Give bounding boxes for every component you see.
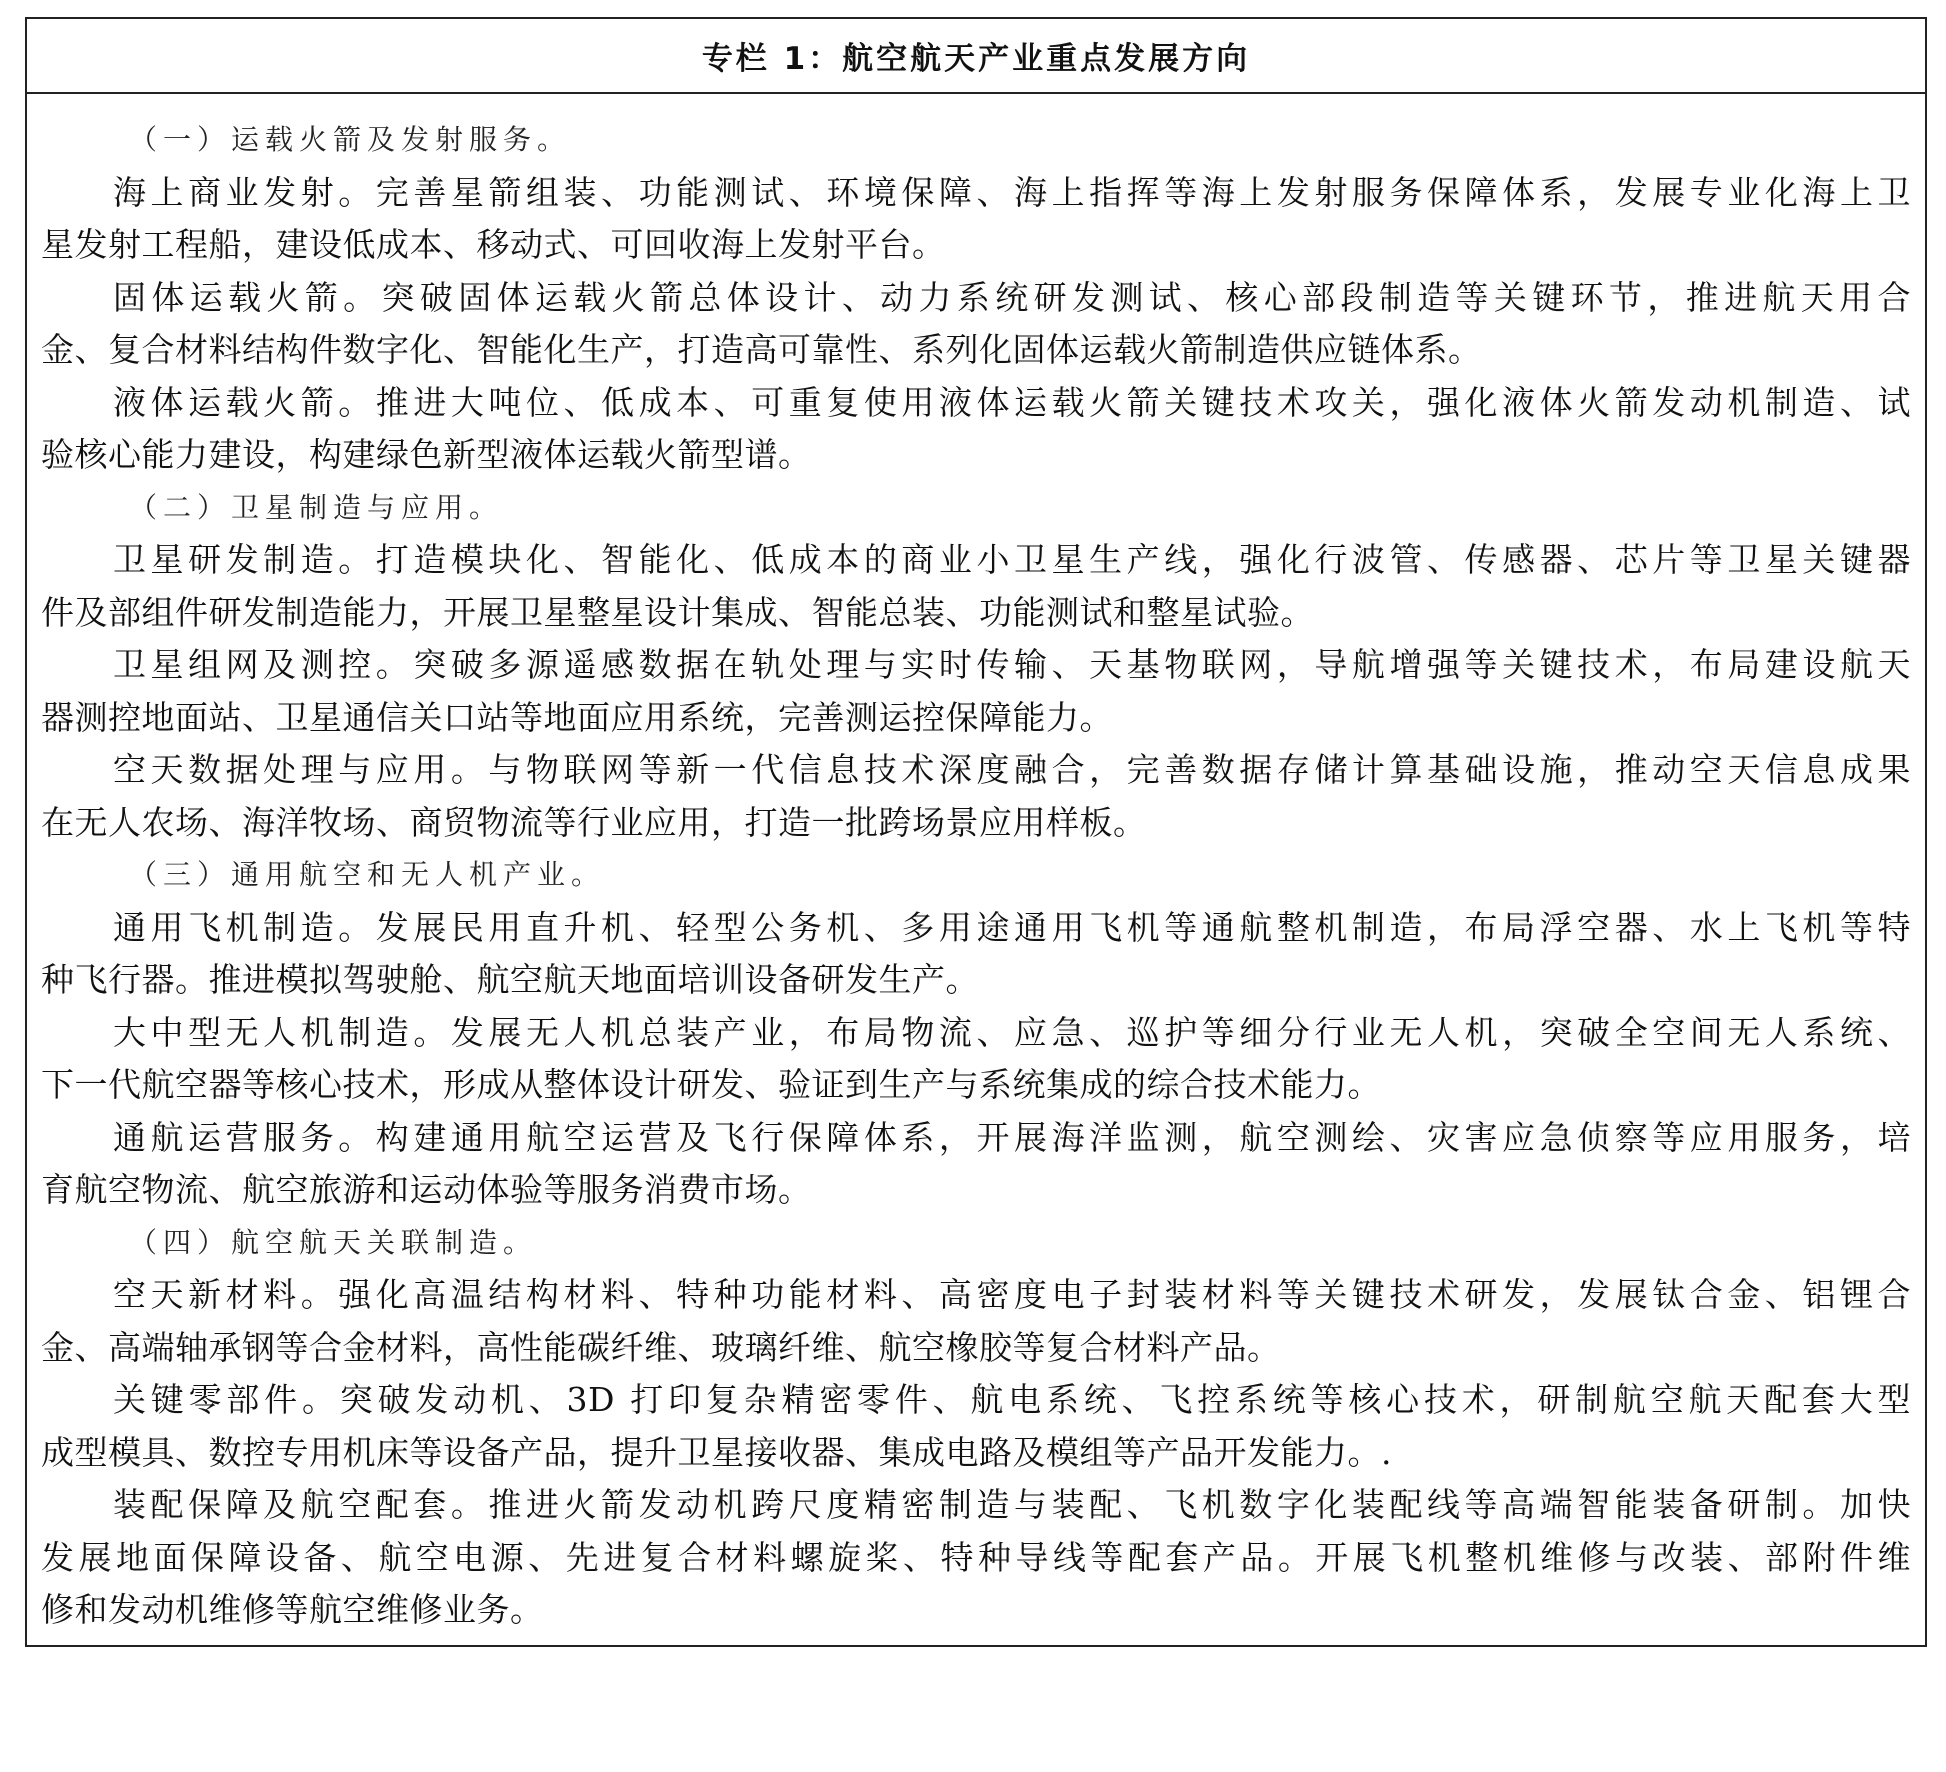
paragraph-line: 育航空物流、航空旅游和运动体验等服务消费市场。 [41, 1164, 1911, 1217]
paragraph-line: 金、高端轴承钢等合金材料，高性能碳纤维、玻璃纤维、航空橡胶等复合材料产品。 [41, 1322, 1911, 1375]
paragraph: 空天数据处理与应用。与物联网等新一代信息技术深度融合，完善数据存储计算基础设施，… [41, 744, 1911, 849]
paragraph-line: 下一代航空器等核心技术，形成从整体设计研发、验证到生产与系统集成的综合技术能力。 [41, 1059, 1911, 1112]
box-title: 专栏 1：航空航天产业重点发展方向 [702, 33, 1250, 78]
paragraph-line: 金、复合材料结构件数字化、智能化生产，打造高可靠性、系列化固体运载火箭制造供应链… [41, 324, 1911, 377]
paragraph-line: 海上商业发射。完善星箭组装、功能测试、环境保障、海上指挥等海上发射服务保障体系，… [41, 167, 1911, 220]
paragraph: 液体运载火箭。推进大吨位、低成本、可重复使用液体运载火箭关键技术攻关，强化液体火… [41, 377, 1911, 482]
paragraph: 大中型无人机制造。发展无人机总装产业，布局物流、应急、巡护等细分行业无人机，突破… [41, 1007, 1911, 1112]
paragraph-line: 在无人农场、海洋牧场、商贸物流等行业应用，打造一批跨场景应用样板。 [41, 797, 1911, 850]
paragraph-line: 验核心能力建设，构建绿色新型液体运载火箭型谱。 [41, 429, 1911, 482]
section-4: （四）航空航天关联制造。 空天新材料。强化高温结构材料、特种功能材料、高密度电子… [41, 1217, 1911, 1637]
paragraph-line: 液体运载火箭。推进大吨位、低成本、可重复使用液体运载火箭关键技术攻关，强化液体火… [41, 377, 1911, 430]
paragraph-line: 装配保障及航空配套。推进火箭发动机跨尺度精密制造与装配、飞机数字化装配线等高端智… [41, 1479, 1911, 1532]
paragraph-line: 空天新材料。强化高温结构材料、特种功能材料、高密度电子封装材料等关键技术研发，发… [41, 1269, 1911, 1322]
paragraph-line: 器测控地面站、卫星通信关口站等地面应用系统，完善测运控保障能力。 [41, 692, 1911, 745]
paragraph: 空天新材料。强化高温结构材料、特种功能材料、高密度电子封装材料等关键技术研发，发… [41, 1269, 1911, 1374]
paragraph: 卫星研发制造。打造模块化、智能化、低成本的商业小卫星生产线，强化行波管、传感器、… [41, 534, 1911, 639]
paragraph-line: 关键零部件。突破发动机、3D 打印复杂精密零件、航电系统、飞控系统等核心技术，研… [41, 1374, 1911, 1427]
paragraph-line: 成型模具、数控专用机床等设备产品，提升卫星接收器、集成电路及模组等产品开发能力。… [41, 1427, 1911, 1480]
paragraph-line: 空天数据处理与应用。与物联网等新一代信息技术深度融合，完善数据存储计算基础设施，… [41, 744, 1911, 797]
box-header: 专栏 1：航空航天产业重点发展方向 [27, 19, 1925, 94]
paragraph: 通航运营服务。构建通用航空运营及飞行保障体系，开展海洋监测，航空测绘、灾害应急侦… [41, 1112, 1911, 1217]
section-heading: （三）通用航空和无人机产业。 [41, 849, 1911, 902]
paragraph-line: 星发射工程船，建设低成本、移动式、可回收海上发射平台。 [41, 219, 1911, 272]
paragraph: 通用飞机制造。发展民用直升机、轻型公务机、多用途通用飞机等通航整机制造，布局浮空… [41, 902, 1911, 1007]
section-heading: （四）航空航天关联制造。 [41, 1217, 1911, 1270]
paragraph-line: 大中型无人机制造。发展无人机总装产业，布局物流、应急、巡护等细分行业无人机，突破… [41, 1007, 1911, 1060]
section-3: （三）通用航空和无人机产业。 通用飞机制造。发展民用直升机、轻型公务机、多用途通… [41, 849, 1911, 1217]
section-2: （二）卫星制造与应用。 卫星研发制造。打造模块化、智能化、低成本的商业小卫星生产… [41, 482, 1911, 850]
section-1: （一）运载火箭及发射服务。 海上商业发射。完善星箭组装、功能测试、环境保障、海上… [41, 114, 1911, 482]
paragraph: 装配保障及航空配套。推进火箭发动机跨尺度精密制造与装配、飞机数字化装配线等高端智… [41, 1479, 1911, 1637]
paragraph-line: 件及部组件研发制造能力，开展卫星整星设计集成、智能总装、功能测试和整星试验。 [41, 587, 1911, 640]
paragraph: 固体运载火箭。突破固体运载火箭总体设计、动力系统研发测试、核心部段制造等关键环节… [41, 272, 1911, 377]
feature-box: 专栏 1：航空航天产业重点发展方向 （一）运载火箭及发射服务。 海上商业发射。完… [25, 17, 1927, 1647]
paragraph-line: 种飞行器。推进模拟驾驶舱、航空航天地面培训设备研发生产。 [41, 954, 1911, 1007]
section-heading: （二）卫星制造与应用。 [41, 482, 1911, 535]
paragraph-line: 卫星组网及测控。突破多源遥感数据在轨处理与实时传输、天基物联网，导航增强等关键技… [41, 639, 1911, 692]
paragraph-line: 通用飞机制造。发展民用直升机、轻型公务机、多用途通用飞机等通航整机制造，布局浮空… [41, 902, 1911, 955]
paragraph-line: 卫星研发制造。打造模块化、智能化、低成本的商业小卫星生产线，强化行波管、传感器、… [41, 534, 1911, 587]
paragraph-line: 修和发动机维修等航空维修业务。 [41, 1584, 1911, 1637]
paragraph: 关键零部件。突破发动机、3D 打印复杂精密零件、航电系统、飞控系统等核心技术，研… [41, 1374, 1911, 1479]
paragraph-line: 发展地面保障设备、航空电源、先进复合材料螺旋桨、特种导线等配套产品。开展飞机整机… [41, 1532, 1911, 1585]
paragraph: 卫星组网及测控。突破多源遥感数据在轨处理与实时传输、天基物联网，导航增强等关键技… [41, 639, 1911, 744]
paragraph-line: 固体运载火箭。突破固体运载火箭总体设计、动力系统研发测试、核心部段制造等关键环节… [41, 272, 1911, 325]
section-heading: （一）运载火箭及发射服务。 [41, 114, 1911, 167]
box-body: （一）运载火箭及发射服务。 海上商业发射。完善星箭组装、功能测试、环境保障、海上… [41, 114, 1911, 1637]
paragraph: 海上商业发射。完善星箭组装、功能测试、环境保障、海上指挥等海上发射服务保障体系，… [41, 167, 1911, 272]
paragraph-line: 通航运营服务。构建通用航空运营及飞行保障体系，开展海洋监测，航空测绘、灾害应急侦… [41, 1112, 1911, 1165]
